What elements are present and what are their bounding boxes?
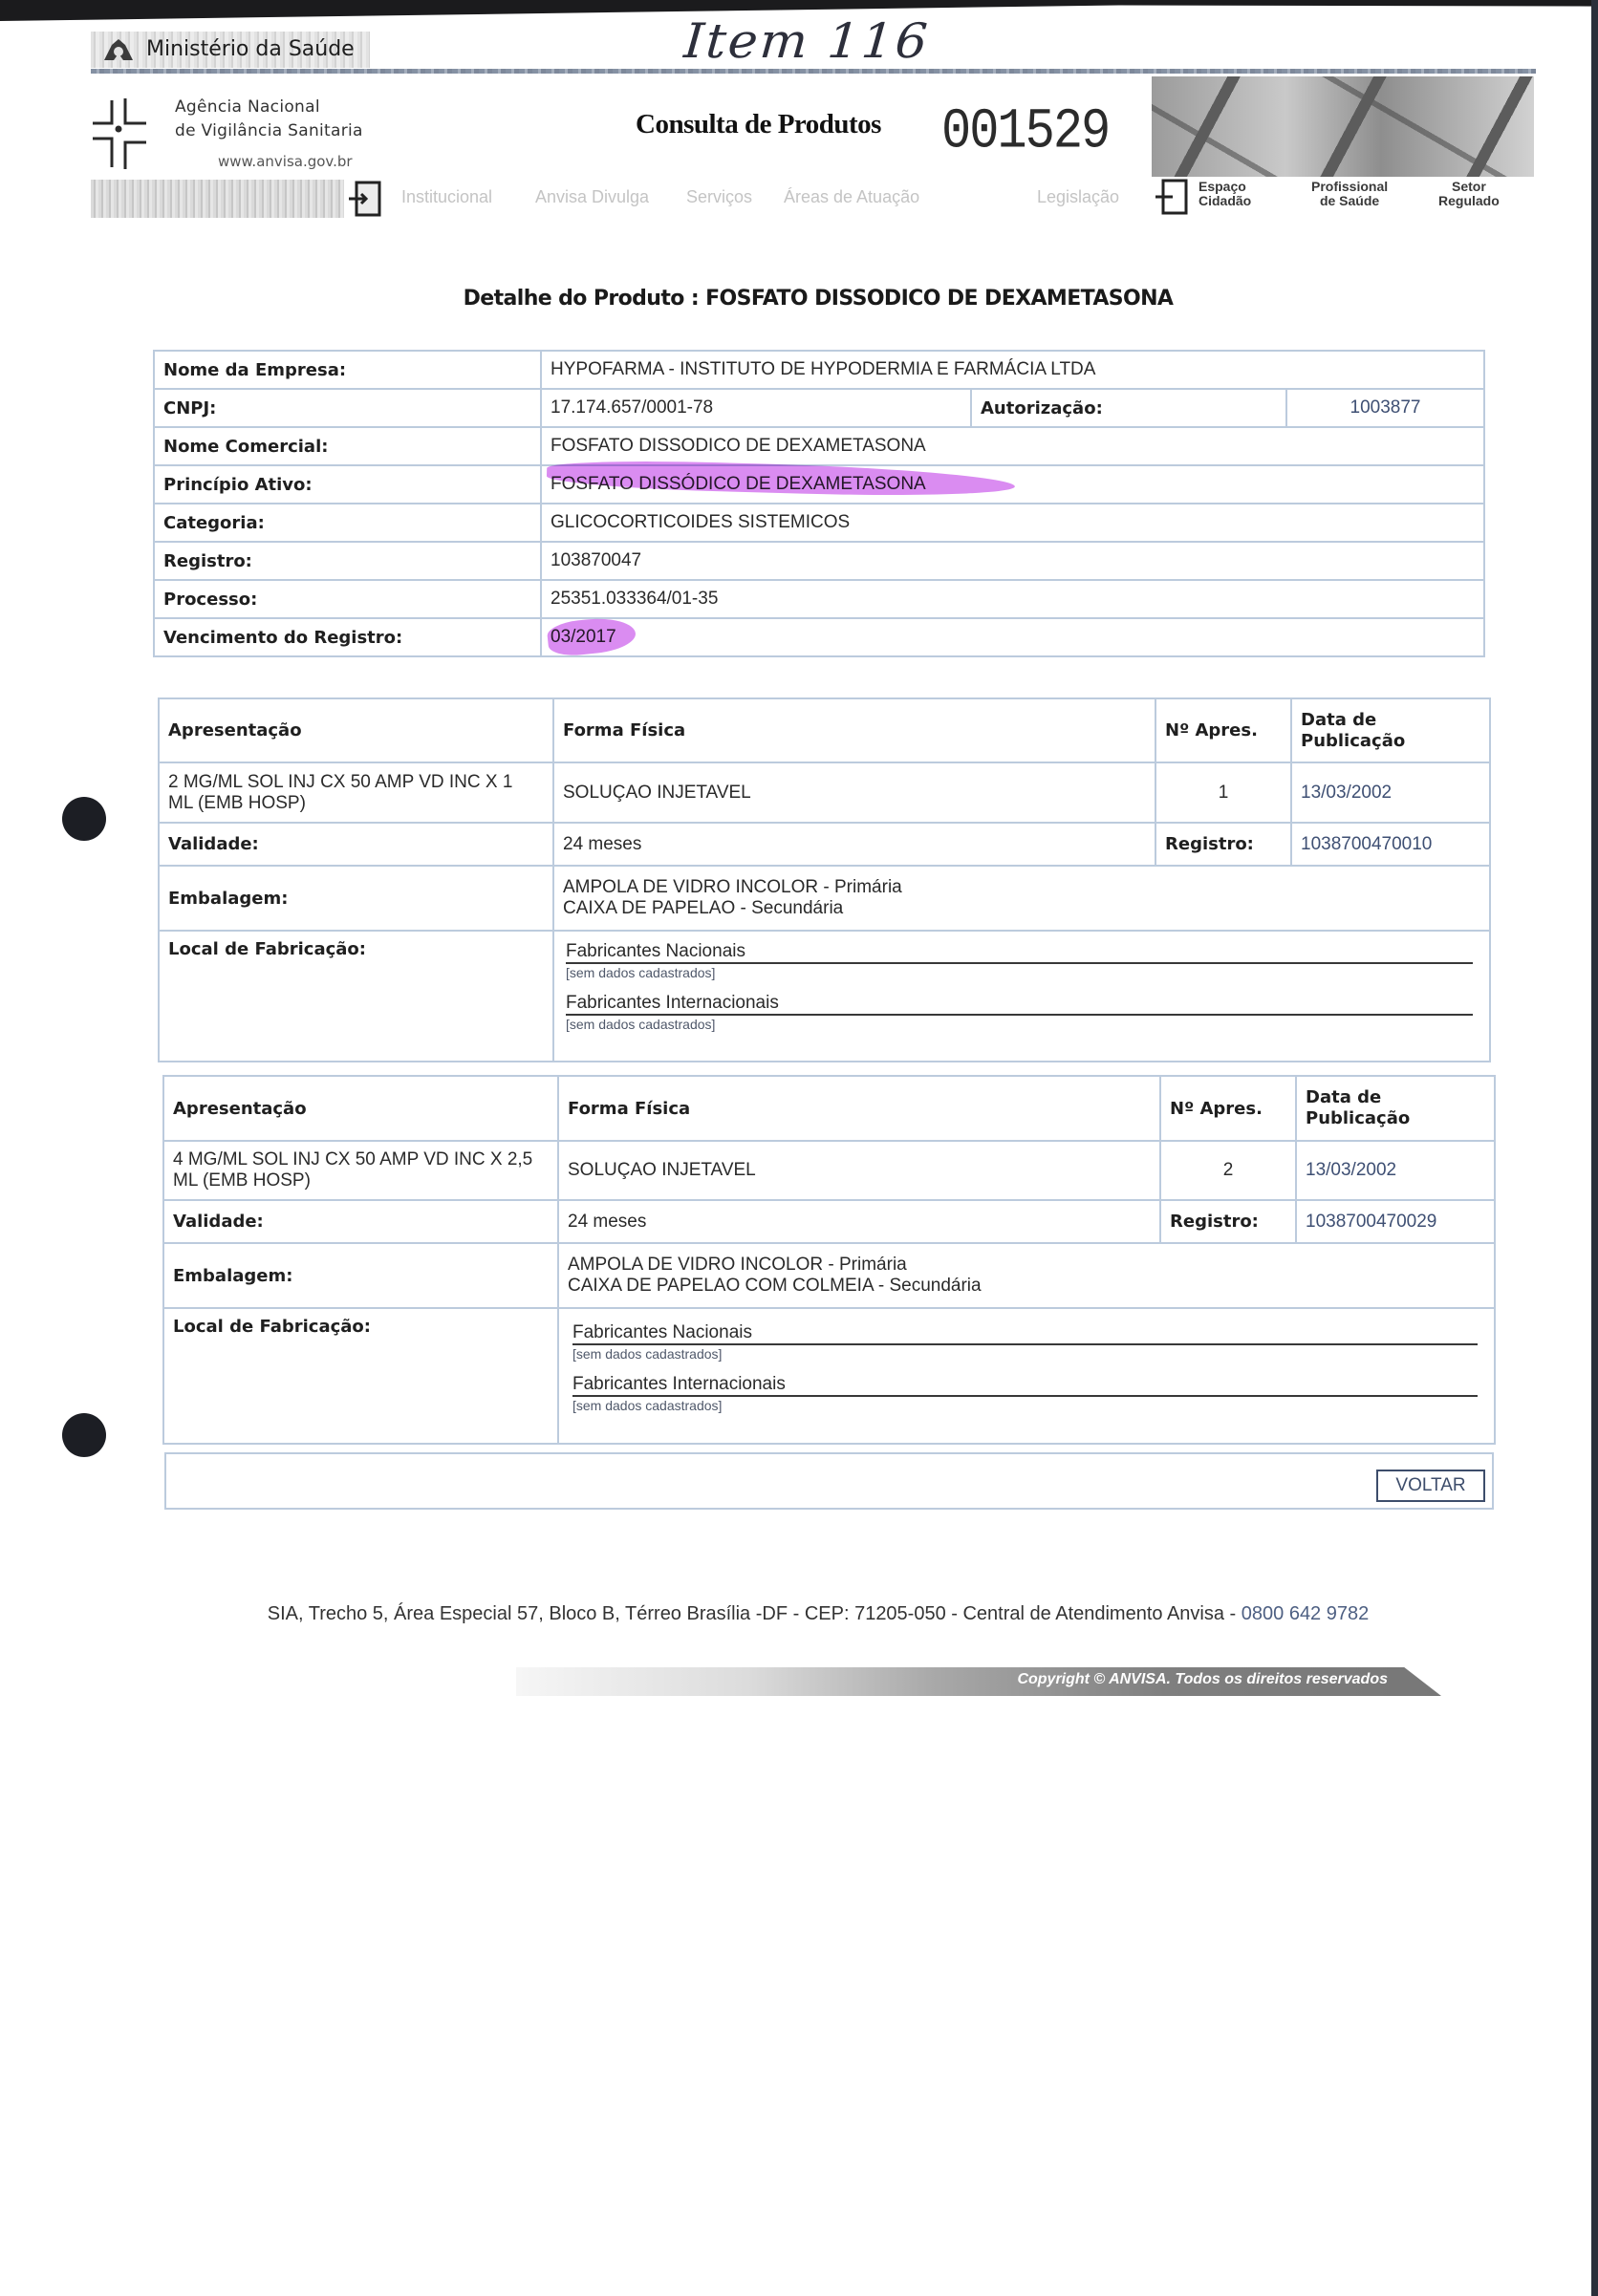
label-autorizacao: Autorização: [971, 389, 1286, 427]
row-nome-comercial: Nome Comercial: FOSFATO DISSODICO DE DEX… [154, 427, 1484, 465]
header-forma-fisica: Forma Física [558, 1076, 1160, 1141]
value-n-apres: 2 [1160, 1141, 1296, 1200]
value-n-apres: 1 [1155, 762, 1291, 823]
embalagem-row: Embalagem: AMPOLA DE VIDRO INCOLOR - Pri… [163, 1243, 1495, 1308]
header-data-line1: Data de [1301, 710, 1480, 731]
local-fabricacao-row: Local de Fabricação: Fabricantes Naciona… [159, 931, 1490, 1062]
apresentacao-line1: 2 MG/ML SOL INJ CX 50 AMP VD INC X 1 [168, 772, 544, 793]
address-text: SIA, Trecho 5, Área Especial 57, Bloco B… [268, 1603, 1242, 1624]
presentation-header-row: Apresentação Forma Física Nº Apres. Data… [159, 698, 1490, 762]
value-registro: 103870047 [541, 542, 1484, 580]
presentation-header-row: Apresentação Forma Física Nº Apres. Data… [163, 1076, 1495, 1141]
label-nome-comercial: Nome Comercial: [154, 427, 541, 465]
embalagem-row: Embalagem: AMPOLA DE VIDRO INCOLOR - Pri… [159, 866, 1490, 931]
ministry-bar: Ministério da Saúde [91, 32, 370, 68]
handwritten-note: Item 116 [682, 13, 932, 69]
heading-fabricantes-internacionais: Fabricantes Internacionais [566, 993, 1473, 1016]
value-local-fabricacao: Fabricantes Nacionais [sem dados cadastr… [558, 1308, 1495, 1444]
value-apresentacao: 4 MG/ML SOL INJ CX 50 AMP VD INC X 2,5 M… [163, 1141, 558, 1200]
apresentacao-line2: ML (EMB HOSP) [168, 793, 544, 814]
punch-hole [62, 797, 106, 841]
fabricantes-nacionais-empty: [sem dados cadastrados] [566, 964, 1480, 981]
nav-servicos[interactable]: Serviços [686, 187, 752, 207]
local-fabricacao-row: Local de Fabricação: Fabricantes Naciona… [163, 1308, 1495, 1444]
agency-name-line2: de Vigilância Sanitaria [175, 121, 363, 140]
anvisa-cross-logo [91, 91, 150, 175]
header-n-apres: Nº Apres. [1160, 1076, 1296, 1141]
agency-name-line1: Agência Nacional [175, 97, 320, 117]
fabricantes-internacionais-empty: [sem dados cadastrados] [572, 1397, 1485, 1414]
value-validade: 24 meses [558, 1200, 1160, 1243]
label-validade: Validade: [159, 823, 553, 866]
value-processo: 25351.033364/01-35 [541, 580, 1484, 618]
header-data-publicacao: Data de Publicação [1291, 698, 1490, 762]
heading-fabricantes-internacionais: Fabricantes Internacionais [572, 1374, 1478, 1397]
value-forma-fisica: SOLUÇAO INJETAVEL [553, 762, 1155, 823]
embalagem-primaria: AMPOLA DE VIDRO INCOLOR - Primária [563, 877, 1480, 898]
value-autorizacao: 1003877 [1286, 389, 1484, 427]
presentation-row: 2 MG/ML SOL INJ CX 50 AMP VD INC X 1 ML … [159, 762, 1490, 823]
label-local-fabricacao: Local de Fabricação: [159, 931, 553, 1062]
presentation-table: Apresentação Forma Física Nº Apres. Data… [162, 1075, 1496, 1445]
ministry-logo-icon [102, 37, 135, 62]
label-processo: Processo: [154, 580, 541, 618]
nav-anvisa-divulga[interactable]: Anvisa Divulga [535, 187, 649, 207]
header-data-line2: Publicação [1301, 731, 1480, 752]
product-detail-title: Detalhe do Produto : FOSFATO DISSODICO D… [153, 287, 1483, 311]
label-validade: Validade: [163, 1200, 558, 1243]
label-registro-apresentacao: Registro: [1160, 1200, 1296, 1243]
apresentacao-line2: ML (EMB HOSP) [173, 1170, 549, 1191]
embalagem-secundaria: CAIXA DE PAPELAO COM COLMEIA - Secundári… [568, 1276, 1485, 1297]
presentation-table: Apresentação Forma Física Nº Apres. Data… [158, 697, 1491, 1062]
copyright-text: Copyright © ANVISA. Todos os direitos re… [1017, 1671, 1388, 1688]
value-validade: 24 meses [553, 823, 1155, 866]
value-vencimento: 03/2017 [541, 618, 1484, 656]
portal-label-line1: Espaço [1198, 180, 1251, 194]
scan-right-edge [1591, 0, 1598, 2296]
value-nome-comercial: FOSFATO DISSODICO DE DEXAMETASONA [541, 427, 1484, 465]
nav-texture [91, 180, 344, 218]
label-local-fabricacao: Local de Fabricação: [163, 1308, 558, 1444]
label-embalagem: Embalagem: [163, 1243, 558, 1308]
value-categoria: GLICOCORTICOIDES SISTEMICOS [541, 504, 1484, 542]
agency-url: www.anvisa.gov.br [218, 153, 353, 170]
embalagem-secundaria: CAIXA DE PAPELAO - Secundária [563, 898, 1480, 919]
label-categoria: Categoria: [154, 504, 541, 542]
portal-door-icon [1154, 178, 1190, 216]
label-principio-ativo: Princípio Ativo: [154, 465, 541, 504]
portal-label-line2: Cidadão [1198, 194, 1251, 208]
label-registro-apresentacao: Registro: [1155, 823, 1291, 866]
header-apresentacao: Apresentação [159, 698, 553, 762]
value-empresa: HYPOFARMA - INSTITUTO DE HYPODERMIA E FA… [541, 351, 1484, 389]
portal-label-line1: Setor [1438, 180, 1500, 194]
fabricantes-nacionais-empty: [sem dados cadastrados] [572, 1345, 1485, 1363]
fabricantes-internacionais-empty: [sem dados cadastrados] [566, 1016, 1480, 1033]
page-heading: Consulta de Produtos [636, 109, 881, 140]
header-n-apres: Nº Apres. [1155, 698, 1291, 762]
portal-label-line1: Profissional [1311, 180, 1388, 194]
header-data-publicacao: Data de Publicação [1296, 1076, 1495, 1141]
nav-legislacao[interactable]: Legislação [1037, 187, 1119, 207]
value-cnpj: 17.174.657/0001-78 [541, 389, 971, 427]
row-categoria: Categoria: GLICOCORTICOIDES SISTEMICOS [154, 504, 1484, 542]
portal-label-line2: de Saúde [1311, 194, 1388, 208]
nav-areas-de-atuacao[interactable]: Áreas de Atuação [784, 187, 919, 207]
value-forma-fisica: SOLUÇAO INJETAVEL [558, 1141, 1160, 1200]
portal-label-line2: Regulado [1438, 194, 1500, 208]
header-apresentacao: Apresentação [163, 1076, 558, 1141]
value-embalagem: AMPOLA DE VIDRO INCOLOR - Primária CAIXA… [558, 1243, 1495, 1308]
login-door-icon[interactable] [347, 180, 383, 218]
header-keyboard-image [1152, 76, 1534, 177]
punch-hole [62, 1413, 106, 1457]
label-vencimento: Vencimento do Registro: [154, 618, 541, 656]
validade-row: Validade: 24 meses Registro: 10387004700… [163, 1200, 1495, 1243]
value-data-publicacao: 13/03/2002 [1296, 1141, 1495, 1200]
copyright-bar: Copyright © ANVISA. Todos os direitos re… [516, 1667, 1441, 1696]
portal-espaco-cidadao[interactable]: Espaço Cidadão [1198, 180, 1251, 208]
heading-fabricantes-nacionais: Fabricantes Nacionais [572, 1322, 1478, 1345]
value-registro-apresentacao: 1038700470029 [1296, 1200, 1495, 1243]
presentation-row: 4 MG/ML SOL INJ CX 50 AMP VD INC X 2,5 M… [163, 1141, 1495, 1200]
support-phone: 0800 642 9782 [1242, 1603, 1369, 1624]
back-button[interactable]: VOLTAR [1376, 1470, 1485, 1502]
label-empresa: Nome da Empresa: [154, 351, 541, 389]
heading-fabricantes-nacionais: Fabricantes Nacionais [566, 941, 1473, 964]
ministry-title: Ministério da Saúde [146, 37, 355, 61]
value-data-publicacao: 13/03/2002 [1291, 762, 1490, 823]
stamp-number: 001529 [941, 99, 1109, 164]
header-rule [91, 69, 1536, 74]
row-registro: Registro: 103870047 [154, 542, 1484, 580]
row-vencimento: Vencimento do Registro: 03/2017 [154, 618, 1484, 656]
validade-row: Validade: 24 meses Registro: 10387004700… [159, 823, 1490, 866]
value-registro-apresentacao: 1038700470010 [1291, 823, 1490, 866]
value-local-fabricacao: Fabricantes Nacionais [sem dados cadastr… [553, 931, 1490, 1062]
portal-profissional-de-saude[interactable]: Profissional de Saúde [1311, 180, 1388, 208]
value-embalagem: AMPOLA DE VIDRO INCOLOR - Primária CAIXA… [553, 866, 1490, 931]
product-info-table: Nome da Empresa: HYPOFARMA - INSTITUTO D… [153, 350, 1485, 657]
label-embalagem: Embalagem: [159, 866, 553, 931]
embalagem-primaria: AMPOLA DE VIDRO INCOLOR - Primária [568, 1255, 1485, 1276]
row-processo: Processo: 25351.033364/01-35 [154, 580, 1484, 618]
row-cnpj: CNPJ: 17.174.657/0001-78 Autorização: 10… [154, 389, 1484, 427]
header-data-line2: Publicação [1306, 1108, 1485, 1129]
row-empresa: Nome da Empresa: HYPOFARMA - INSTITUTO D… [154, 351, 1484, 389]
header-forma-fisica: Forma Física [553, 698, 1155, 762]
portal-setor-regulado[interactable]: Setor Regulado [1438, 180, 1500, 208]
footer-address: SIA, Trecho 5, Área Especial 57, Bloco B… [153, 1603, 1483, 1625]
label-registro: Registro: [154, 542, 541, 580]
header-data-line1: Data de [1306, 1087, 1485, 1108]
apresentacao-line1: 4 MG/ML SOL INJ CX 50 AMP VD INC X 2,5 [173, 1149, 549, 1170]
nav-institucional[interactable]: Institucional [401, 187, 492, 207]
actions-bar [164, 1452, 1494, 1510]
value-apresentacao: 2 MG/ML SOL INJ CX 50 AMP VD INC X 1 ML … [159, 762, 553, 823]
label-cnpj: CNPJ: [154, 389, 541, 427]
